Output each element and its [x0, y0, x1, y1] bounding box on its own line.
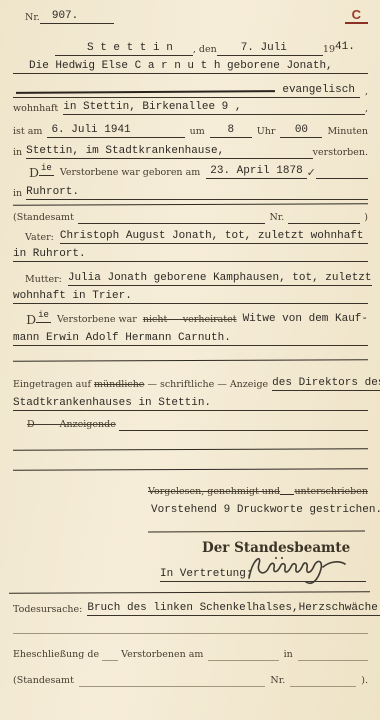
typed-ie: ie	[36, 309, 51, 323]
birth-place-value: Ruhrort.	[26, 186, 85, 200]
marital-status-row: D ie Verstorbene war nicht — verheiratet…	[13, 312, 368, 326]
underline-blank	[298, 649, 368, 661]
underline-blank	[119, 419, 368, 431]
separator-line	[9, 591, 370, 594]
struck-anzeigende: D —— Anzeigende	[27, 418, 116, 431]
underline-blank	[316, 167, 368, 179]
cause-label: Todesursache:	[13, 603, 82, 616]
mother-value-2: wohnhaft in Trier.	[13, 290, 137, 304]
death-date-value: 6. Juli 1941	[47, 124, 134, 138]
close-paren: )	[364, 211, 368, 224]
schriftliche-label: schriftliche	[160, 378, 214, 391]
vorgelesen-row: Vorgelesen, genehmigt und unterschrieben	[148, 485, 368, 498]
dash: —	[217, 378, 227, 391]
classification-letter: C	[345, 8, 368, 24]
notice-row-2: Stadtkrankenhauses in Stettin.	[13, 397, 368, 411]
death-time-row: ist am 6. Juli 1941 um 8 Uhr 00 Minuten	[13, 124, 368, 138]
deceased-name: Die Hedwig Else C a r n u t h geborene J…	[13, 60, 368, 74]
cause-of-death-row: Todesursache: Bruch des linken Schenkelh…	[13, 602, 368, 616]
death-hour-value: 8	[210, 124, 252, 138]
registry-number: 907.	[40, 10, 114, 24]
handwritten-checkmark: ✓	[307, 166, 316, 179]
struck-muendliche: mündliche	[94, 378, 144, 391]
comma: ,	[365, 102, 368, 115]
comma: ,	[365, 85, 368, 98]
struck-vorgelesen: Vorgelesen, genehmigt und	[148, 485, 280, 498]
underline-blank	[137, 292, 368, 304]
struck-blank-line	[13, 86, 277, 98]
underline-blank	[79, 675, 266, 687]
date-value: 7. Juli	[229, 42, 299, 56]
nr-label: Nr.	[270, 674, 285, 687]
dash: —	[147, 378, 157, 391]
verstorben-label: verstorben.	[313, 146, 368, 159]
separator-line	[13, 448, 368, 451]
in-label: in	[13, 146, 22, 159]
underline-blank	[246, 103, 365, 115]
registry-number-row: Nr. 907. C	[13, 8, 368, 24]
deputy-label: In Vertretung:	[160, 568, 252, 582]
ist-am-label: ist am	[13, 125, 42, 138]
printed-d: D	[29, 166, 39, 179]
underline-blank	[288, 212, 360, 224]
underline-blank	[85, 188, 368, 200]
standesamt-row: (Standesamt Nr. )	[13, 211, 368, 224]
registrar-signature: Hönning	[243, 550, 361, 590]
mother-row-2: wohnhaft in Trier.	[13, 290, 368, 304]
in-label: in	[13, 187, 22, 200]
dateline-row: S t e t t i n , den 7. Juli 19 41.	[55, 42, 368, 56]
death-place-row: in Stettin, im Stadtkrankenhause, versto…	[13, 145, 368, 159]
father-value: Christoph August Jonath, tot, zuletzt wo…	[60, 230, 368, 244]
notice-row: Eingetragen auf mündliche — schriftliche…	[13, 377, 368, 391]
religion-row: evangelisch ,	[13, 84, 368, 98]
typed-ie: ie	[39, 162, 54, 176]
struck-marital-options: nicht — verheiratet	[143, 313, 237, 326]
struck-unterschrieben: unterschrieben	[294, 485, 368, 498]
anzeige-label: Anzeige	[230, 378, 268, 391]
den-label: , den	[193, 43, 217, 56]
eingetragen-label: Eingetragen auf	[13, 378, 91, 391]
father-label: Vater:	[25, 231, 54, 244]
struck-gap	[280, 488, 294, 498]
father-row-2: in Ruhrort.	[13, 248, 368, 262]
death-place-value: Stettin, im Stadtkrankenhause,	[26, 145, 228, 159]
residence-row: wohnhaft in Stettin, Birkenallee 9 , ,	[13, 101, 368, 115]
father-value-2: in Ruhrort.	[13, 248, 91, 262]
notice-value: des Direktors des	[272, 377, 380, 391]
um-label: um	[190, 125, 205, 138]
notice-value-2: Stadtkrankenhauses in Stettin.	[13, 397, 216, 411]
mother-label: Mutter:	[25, 273, 62, 286]
underline-blank	[78, 212, 266, 224]
underline-blank	[102, 649, 118, 661]
residence-label: wohnhaft	[13, 102, 58, 115]
standesamt-label: (Standesamt	[13, 211, 74, 224]
birth-date-row: D ie Verstorbene war geboren am 23. Apri…	[13, 165, 368, 179]
marital-status-row-2: mann Erwin Adolf Hermann Carnuth.	[13, 332, 368, 346]
marital-label: Verstorbene war	[57, 313, 137, 326]
underline-blank	[236, 334, 368, 346]
cause-value: Bruch des linken Schenkelhalses,Herzschw…	[87, 602, 380, 616]
place-value: S t e t t i n	[77, 42, 183, 56]
faint-line	[13, 633, 368, 634]
in-label: in	[284, 648, 293, 661]
underline-blank	[228, 147, 312, 159]
underline-blank	[55, 44, 77, 56]
correction-note: Vorstehend 9 Druckworte gestrichen.	[151, 504, 380, 517]
standesamt-bottom-row: (Standesamt Nr. ).	[13, 674, 368, 687]
minuten-label: Minuten	[327, 125, 368, 138]
underline-blank	[290, 675, 356, 687]
marriage-label-2: Verstorbenen am	[121, 648, 203, 661]
underline-blank	[183, 44, 193, 56]
residence-value: in Stettin, Birkenallee 9 ,	[63, 101, 246, 115]
birth-place-row: in Ruhrort.	[13, 186, 368, 200]
marital-value-2: mann Erwin Adolf Hermann Carnuth.	[13, 332, 236, 346]
close-paren: ).	[361, 674, 368, 687]
century-printed: 19	[323, 43, 335, 56]
mother-row: Mutter: Julia Jonath geborene Kamphausen…	[13, 272, 368, 286]
marital-value: Witwe von dem Kauf-	[243, 313, 368, 326]
standesamt-label: (Standesamt	[13, 674, 74, 687]
separator-line	[13, 468, 368, 471]
underline-blank	[91, 250, 368, 262]
separator-line	[13, 203, 368, 206]
uhr-label: Uhr	[257, 125, 276, 138]
underline-blank	[135, 126, 185, 138]
religion-value: evangelisch	[277, 84, 360, 98]
nr-label: Nr.	[269, 211, 284, 224]
underline-blank	[216, 399, 368, 411]
death-minutes-value: 00	[280, 124, 322, 138]
anzeigende-row: D —— Anzeigende	[13, 418, 368, 431]
birth-date-value: 23. April 1878	[206, 165, 306, 179]
deceased-name-row: Die Hedwig Else C a r n u t h geborene J…	[13, 60, 368, 74]
underline-blank	[217, 44, 229, 56]
nr-label: Nr.	[25, 11, 40, 24]
marriage-label-1: Eheschließung de	[13, 648, 99, 661]
year-typed: 41.	[335, 41, 355, 54]
separator-line	[13, 359, 368, 362]
underline-blank	[299, 44, 323, 56]
born-on-label: Verstorbene war geboren am	[60, 166, 200, 179]
printed-d: D	[26, 313, 36, 326]
death-record-document: Nr. 907. C S t e t t i n , den 7. Juli 1…	[0, 0, 380, 720]
correction-row: Vorstehend 9 Druckworte gestrichen.	[151, 504, 368, 517]
marriage-row: Eheschließung de Verstorbenen am in	[13, 648, 368, 661]
father-row: Vater: Christoph August Jonath, tot, zul…	[13, 230, 368, 244]
mother-value: Julia Jonath geborene Kamphausen, tot, z…	[68, 272, 372, 286]
underline-blank	[208, 649, 278, 661]
signature-block-line	[148, 531, 365, 533]
